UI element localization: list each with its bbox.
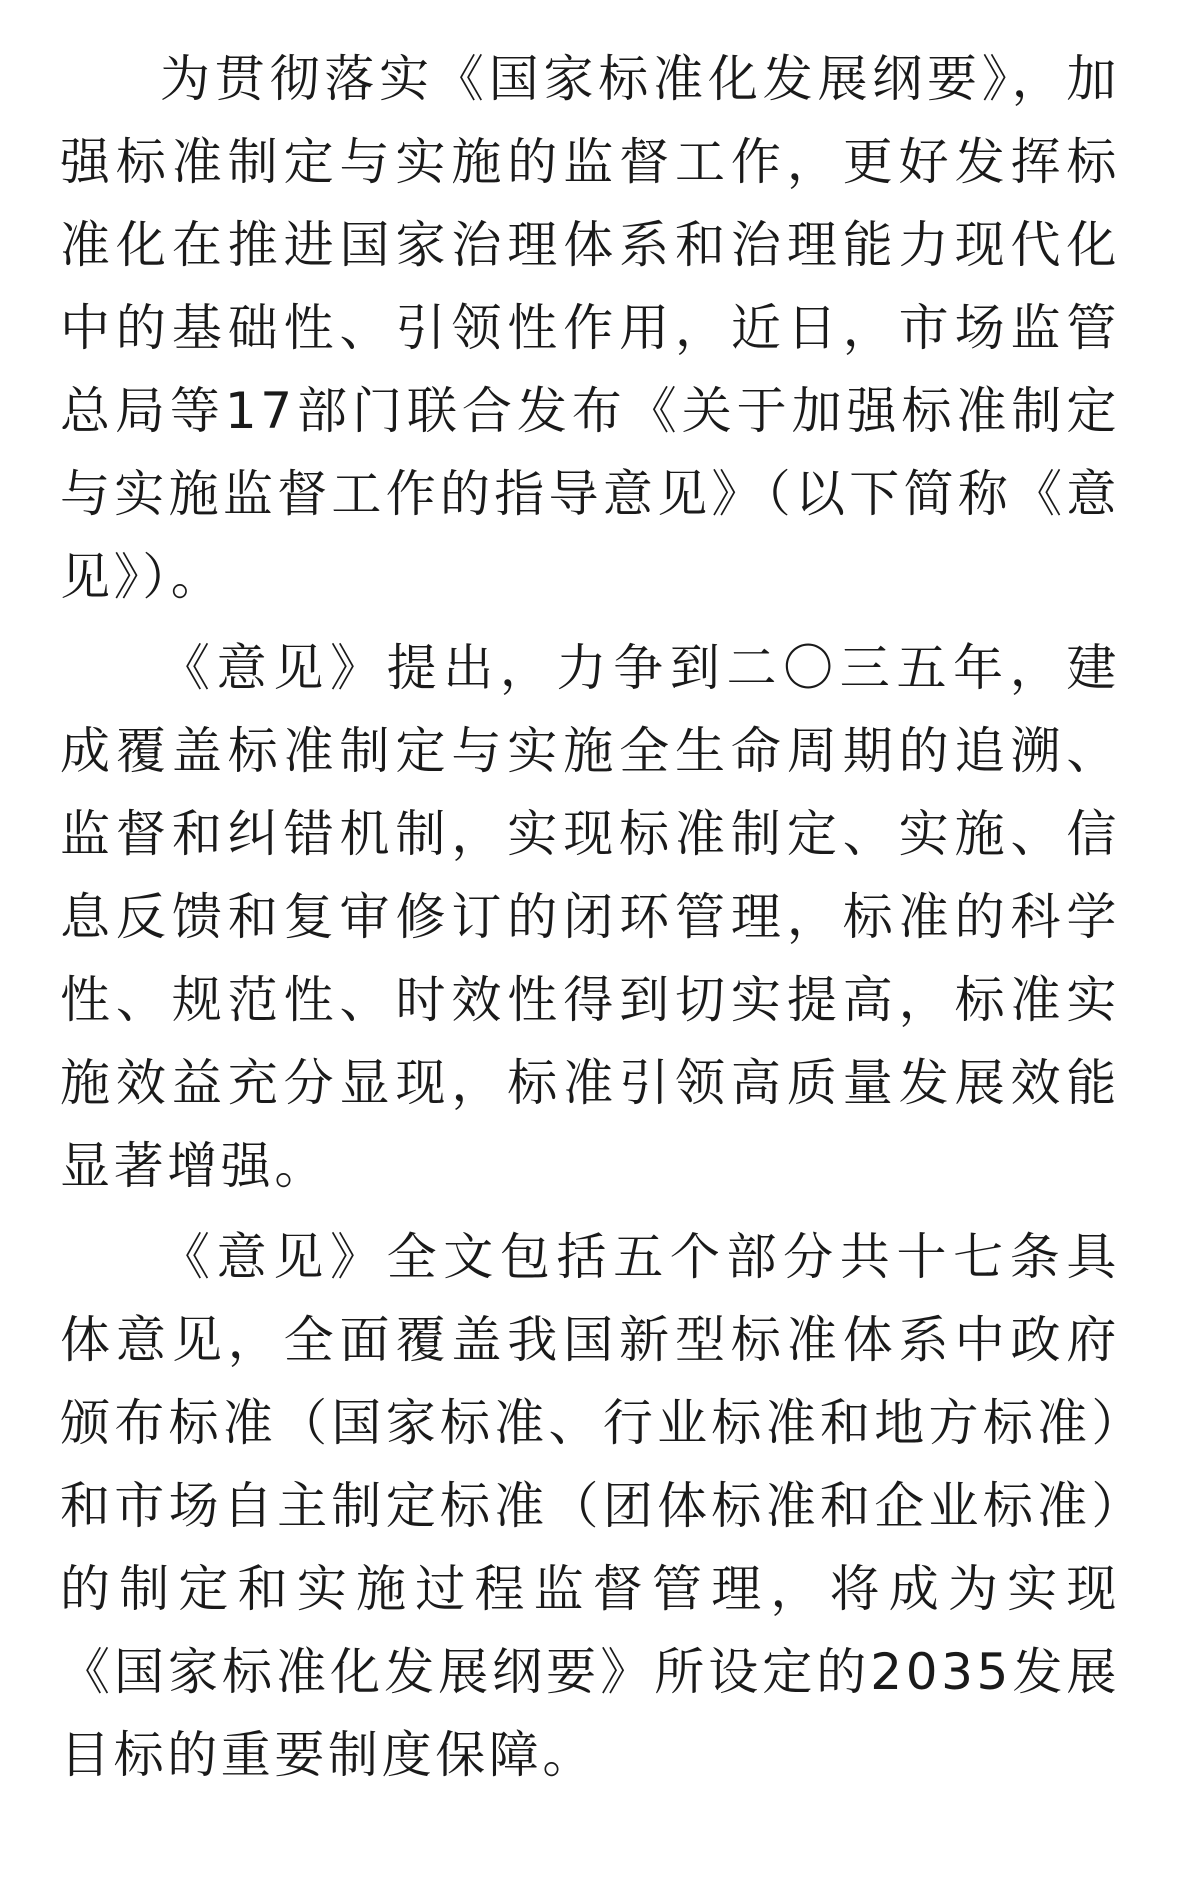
paragraph-scope: 《意见》全文包括五个部分共十七条具体意见，全面覆盖我国新型标准体系中政府颁布标准… xyxy=(60,1216,1120,1797)
paragraph-intro: 为贯彻落实《国家标准化发展纲要》，加强标准制定与实施的监督工作，更好发挥标准化在… xyxy=(60,38,1120,619)
paragraph-goals: 《意见》提出，力争到二〇三五年，建成覆盖标准制定与实施全生命周期的追溯、监督和纠… xyxy=(60,627,1120,1208)
article-body: 为贯彻落实《国家标准化发展纲要》，加强标准制定与实施的监督工作，更好发挥标准化在… xyxy=(60,38,1120,1805)
